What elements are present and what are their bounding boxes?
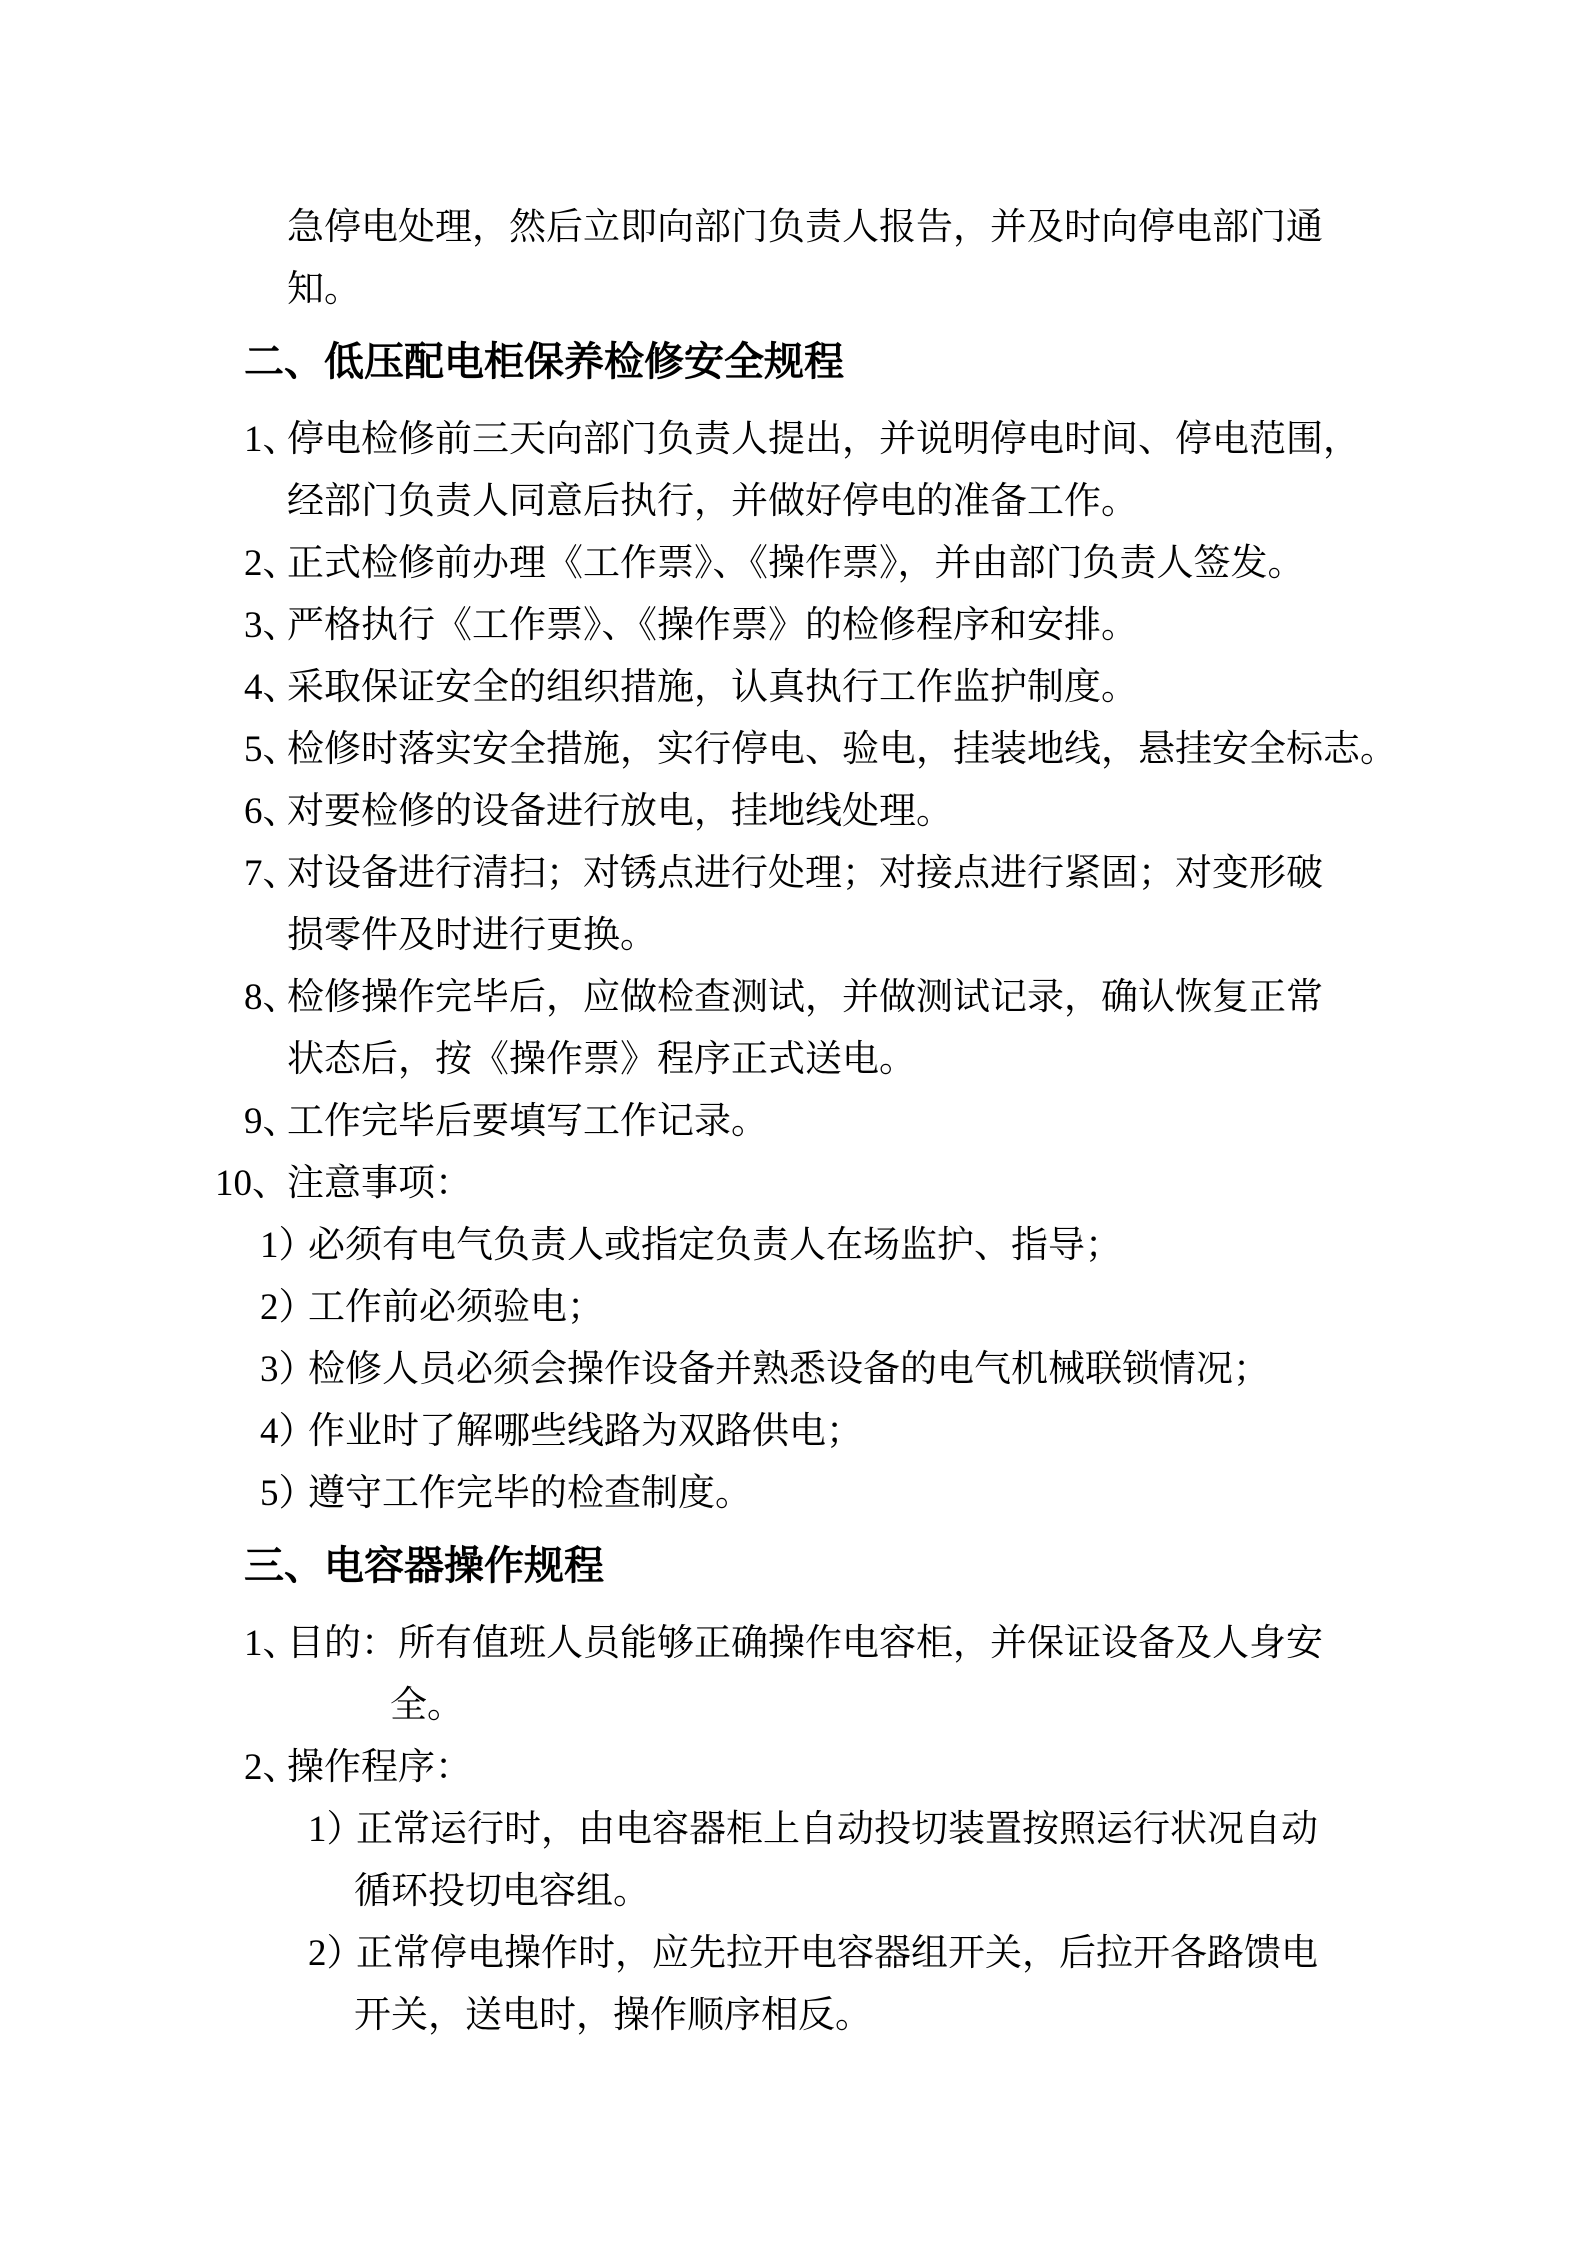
item-number: 2、 — [244, 1737, 287, 1799]
item-number: 7、 — [244, 843, 287, 905]
section-2-heading: 二、低压配电柜保养检修安全规程 — [0, 331, 1587, 393]
line-text: 工作完毕后要填写工作记录。 — [287, 1101, 768, 1142]
line-text: 停电检修前三天向部门负责人提出，并说明停电时间、停电范围， — [287, 419, 1360, 460]
item-2-8-line-2: 状态后，按《操作票》程序正式送电。 — [0, 1029, 1587, 1091]
item-number: 10、 — [215, 1153, 287, 1215]
note-number: 1） — [260, 1215, 308, 1277]
line-text: 对设备进行清扫；对锈点进行处理；对接点进行紧固；对变形破 — [287, 853, 1323, 894]
note-number: 3） — [260, 1339, 308, 1401]
step-3-2-2-line-1: 2）正常停电操作时，应先拉开电容器组开关，后拉开各路馈电 — [0, 1923, 1587, 1985]
item-number: 6、 — [244, 781, 287, 843]
note-2-10-2: 2）工作前必须验电； — [0, 1277, 1587, 1339]
carryover-line-2: 知。 — [0, 259, 1587, 321]
item-number: 9、 — [244, 1091, 287, 1153]
note-2-10-1: 1）必须有电气负责人或指定负责人在场监护、指导； — [0, 1215, 1587, 1277]
item-2-1-line-2: 经部门负责人同意后执行，并做好停电的准备工作。 — [0, 471, 1587, 533]
line-text: 操作程序： — [287, 1747, 472, 1788]
item-2-4: 4、采取保证安全的组织措施，认真执行工作监护制度。 — [0, 657, 1587, 719]
line-text: 正式检修前办理《工作票》、《操作票》，并由部门负责人签发。 — [287, 543, 1305, 584]
item-3-1-line-2: 全。 — [0, 1675, 1587, 1737]
note-number: 2） — [260, 1277, 308, 1339]
item-2-7-line-2: 损零件及时进行更换。 — [0, 905, 1587, 967]
item-number: 4、 — [244, 657, 287, 719]
carryover-line-1: 急停电处理，然后立即向部门负责人报告，并及时向停电部门通 — [0, 197, 1587, 259]
line-text: 检修时落实安全措施，实行停电、验电，挂装地线，悬挂安全标志。 — [287, 729, 1397, 770]
item-2-1-line-1: 1、停电检修前三天向部门负责人提出，并说明停电时间、停电范围， — [0, 409, 1587, 471]
step-number: 2） — [308, 1923, 356, 1985]
item-number: 8、 — [244, 967, 287, 1029]
line-text: 经部门负责人同意后执行，并做好停电的准备工作。 — [287, 481, 1138, 522]
line-text: 急停电处理，然后立即向部门负责人报告，并及时向停电部门通 — [287, 207, 1323, 248]
line-text: 严格执行《工作票》、《操作票》的检修程序和安排。 — [287, 605, 1138, 646]
line-text: 全。 — [390, 1685, 464, 1726]
line-text: 遵守工作完毕的检查制度。 — [308, 1473, 752, 1514]
item-2-9: 9、工作完毕后要填写工作记录。 — [0, 1091, 1587, 1153]
line-text: 检修操作完毕后，应做检查测试，并做测试记录，确认恢复正常 — [287, 977, 1323, 1018]
line-text: 目的：所有值班人员能够正确操作电容柜，并保证设备及人身安 — [287, 1623, 1323, 1664]
line-text: 状态后，按《操作票》程序正式送电。 — [287, 1039, 916, 1080]
line-text: 对要检修的设备进行放电，挂地线处理。 — [287, 791, 953, 832]
item-2-8-line-1: 8、检修操作完毕后，应做检查测试，并做测试记录，确认恢复正常 — [0, 967, 1587, 1029]
item-2-5: 5、检修时落实安全措施，实行停电、验电，挂装地线，悬挂安全标志。 — [0, 719, 1587, 781]
item-2-6: 6、对要检修的设备进行放电，挂地线处理。 — [0, 781, 1587, 843]
item-2-3: 3、严格执行《工作票》、《操作票》的检修程序和安排。 — [0, 595, 1587, 657]
step-3-2-2-line-2: 开关，送电时，操作顺序相反。 — [0, 1985, 1587, 2047]
line-text: 采取保证安全的组织措施，认真执行工作监护制度。 — [287, 667, 1138, 708]
note-2-10-3: 3）检修人员必须会操作设备并熟悉设备的电气机械联锁情况； — [0, 1339, 1587, 1401]
item-number: 1、 — [244, 1613, 287, 1675]
note-2-10-4: 4）作业时了解哪些线路为双路供电； — [0, 1401, 1587, 1463]
document-page: 急停电处理，然后立即向部门负责人报告，并及时向停电部门通 知。 二、低压配电柜保… — [0, 0, 1587, 2245]
item-number: 3、 — [244, 595, 287, 657]
item-2-7-line-1: 7、对设备进行清扫；对锈点进行处理；对接点进行紧固；对变形破 — [0, 843, 1587, 905]
line-text: 检修人员必须会操作设备并熟悉设备的电气机械联锁情况； — [308, 1349, 1270, 1390]
line-text: 工作前必须验电； — [308, 1287, 604, 1328]
line-text: 注意事项： — [287, 1163, 472, 1204]
line-text: 作业时了解哪些线路为双路供电； — [308, 1411, 863, 1452]
step-3-2-1-line-1: 1）正常运行时，由电容器柜上自动投切装置按照运行状况自动 — [0, 1799, 1587, 1861]
item-2-10: 10、注意事项： — [0, 1153, 1587, 1215]
note-2-10-5: 5）遵守工作完毕的检查制度。 — [0, 1463, 1587, 1525]
line-text: 损零件及时进行更换。 — [287, 915, 657, 956]
item-3-1-line-1: 1、目的：所有值班人员能够正确操作电容柜，并保证设备及人身安 — [0, 1613, 1587, 1675]
step-number: 1） — [308, 1799, 356, 1861]
heading-text: 二、低压配电柜保养检修安全规程 — [244, 339, 844, 384]
item-2-2: 2、正式检修前办理《工作票》、《操作票》，并由部门负责人签发。 — [0, 533, 1587, 595]
item-number: 2、 — [244, 533, 287, 595]
line-text: 循环投切电容组。 — [354, 1871, 650, 1912]
item-number: 5、 — [244, 719, 287, 781]
note-number: 4） — [260, 1401, 308, 1463]
note-number: 5） — [260, 1463, 308, 1525]
line-text: 正常运行时，由电容器柜上自动投切装置按照运行状况自动 — [356, 1809, 1318, 1850]
line-text: 开关，送电时，操作顺序相反。 — [354, 1995, 872, 2036]
item-number: 1、 — [244, 409, 287, 471]
step-3-2-1-line-2: 循环投切电容组。 — [0, 1861, 1587, 1923]
heading-text: 三、电容器操作规程 — [244, 1543, 604, 1588]
line-text: 必须有电气负责人或指定负责人在场监护、指导； — [308, 1225, 1122, 1266]
section-3-heading: 三、电容器操作规程 — [0, 1535, 1587, 1597]
line-text: 知。 — [287, 269, 361, 310]
item-3-2: 2、操作程序： — [0, 1737, 1587, 1799]
line-text: 正常停电操作时，应先拉开电容器组开关，后拉开各路馈电 — [356, 1933, 1318, 1974]
